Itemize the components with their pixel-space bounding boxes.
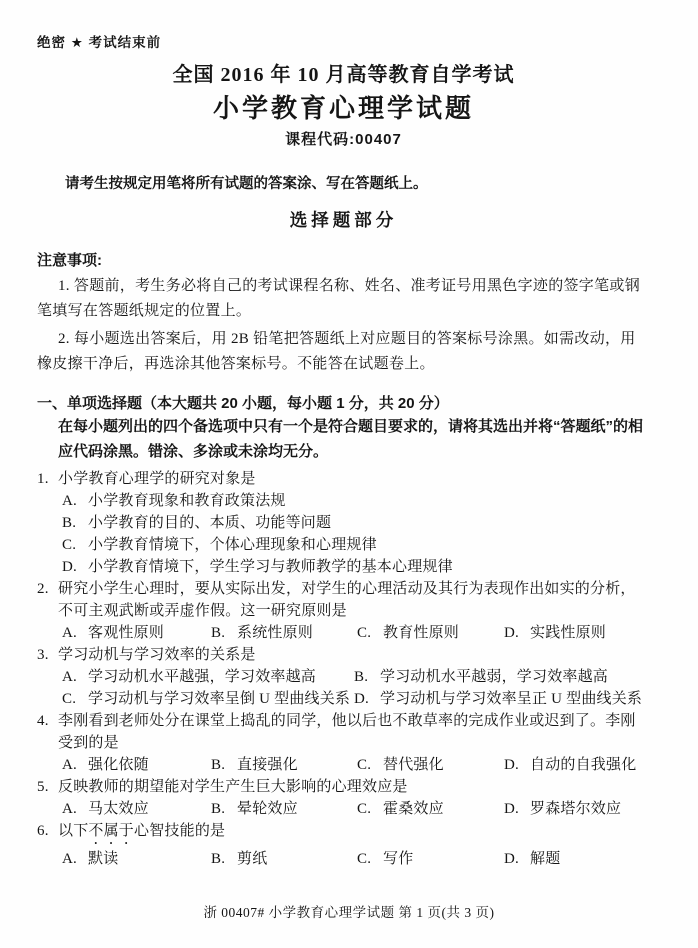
question-number: 1. — [37, 468, 58, 578]
question-stem: 以下不属于心智技能的是 — [58, 820, 650, 848]
question-stem: 李刚看到老师处分在课堂上捣乱的同学，他以后也不敢草率的完成作业或迟到了。李刚受到… — [58, 710, 650, 754]
option-label: B. — [211, 848, 237, 870]
option-a: A.学习动机水平越强，学习效率越高 — [62, 666, 354, 688]
question-number: 5. — [37, 776, 58, 820]
option-text: 学习动机水平越弱，学习效率越高 — [380, 669, 608, 685]
option-label: A. — [62, 848, 88, 870]
option-b: B.剪纸 — [211, 848, 357, 870]
option-text: 自动的自我强化 — [530, 757, 636, 773]
answer-sheet-instruction: 请考生按规定用笔将所有试题的答案涂、写在答题纸上。 — [37, 174, 650, 195]
option-b: B.学习动机水平越弱，学习效率越高 — [354, 666, 650, 688]
options: A.客观性原则 B.系统性原则 C.教育性原则 D.实践性原则 — [58, 622, 650, 644]
part-one-note: 在每小题列出的四个备选项中只有一个是符合题目要求的，请将其选出并将“答题纸”的相… — [58, 414, 650, 464]
question-5: 5. 反映教师的期望能对学生产生巨大影响的心理效应是 A.马太效应 B.晕轮效应… — [37, 776, 650, 820]
question-body: 李刚看到老师处分在课堂上捣乱的同学，他以后也不敢草率的完成作业或迟到了。李刚受到… — [58, 710, 650, 776]
paper-title: 小学教育心理学试题 — [37, 92, 650, 125]
option-text: 教育性原则 — [383, 625, 459, 641]
question-body: 学习动机与学习效率的关系是 A.学习动机水平越强，学习效率越高 B.学习动机水平… — [58, 644, 650, 710]
option-b: B.系统性原则 — [211, 622, 357, 644]
question-stem: 小学教育心理学的研究对象是 — [58, 468, 650, 490]
option-label: A. — [62, 754, 88, 776]
option-d: D.实践性原则 — [504, 622, 650, 644]
options: A.强化依随 B.直接强化 C.替代强化 D.自动的自我强化 — [58, 754, 650, 776]
option-text: 学习动机与学习效率呈倒 U 型曲线关系 — [88, 691, 350, 707]
question-4: 4. 李刚看到老师处分在课堂上捣乱的同学，他以后也不敢草率的完成作业或迟到了。李… — [37, 710, 650, 776]
option-text: 直接强化 — [237, 757, 298, 773]
option-label: B. — [211, 754, 237, 776]
option-text: 罗森塔尔效应 — [530, 801, 621, 817]
exam-paper-page: 绝密 ★ 考试结束前 全国 2016 年 10 月高等教育自学考试 小学教育心理… — [0, 0, 698, 948]
option-c: C.替代强化 — [357, 754, 504, 776]
question-stem: 研究小学生心理时，要从实际出发，对学生的心理活动及其行为表现作出如实的分析，不可… — [58, 578, 650, 622]
exam-title: 全国 2016 年 10 月高等教育自学考试 — [37, 62, 650, 88]
option-c: C.小学教育情境下，个体心理现象和心理规律 — [62, 534, 650, 556]
option-label: D. — [504, 798, 530, 820]
options: A.马太效应 B.晕轮效应 C.霍桑效应 D.罗森塔尔效应 — [58, 798, 650, 820]
section-title: 选择题部分 — [37, 208, 650, 232]
option-label: D. — [354, 688, 380, 710]
option-c: C.教育性原则 — [357, 622, 504, 644]
option-c: C.霍桑效应 — [357, 798, 504, 820]
option-d: D.自动的自我强化 — [504, 754, 650, 776]
option-text: 学习动机与学习效率呈正 U 型曲线关系 — [380, 691, 642, 707]
options: A.小学教育现象和教育政策法规 B.小学教育的目的、本质、功能等问题 C.小学教… — [58, 490, 650, 578]
option-c: C.学习动机与学习效率呈倒 U 型曲线关系 — [62, 688, 354, 710]
option-label: D. — [62, 556, 88, 578]
question-number: 6. — [37, 820, 58, 870]
option-text: 霍桑效应 — [383, 801, 444, 817]
option-label: B. — [211, 622, 237, 644]
stem-emphasized-text: 不属于 — [88, 823, 134, 839]
option-d: D.罗森塔尔效应 — [504, 798, 650, 820]
option-label: C. — [62, 688, 88, 710]
option-text: 小学教育现象和教育政策法规 — [88, 493, 286, 509]
confidential-stamp: 绝密 ★ 考试结束前 — [37, 34, 650, 52]
option-text: 写作 — [383, 851, 413, 867]
option-label: C. — [357, 848, 383, 870]
option-text: 系统性原则 — [237, 625, 313, 641]
option-label: C. — [62, 534, 88, 556]
notice-item-1: 1. 答题前，考生务必将自己的考试课程名称、姓名、准考证号用黑色字迹的签字笔或钢… — [37, 274, 650, 324]
option-label: D. — [504, 622, 530, 644]
option-label: C. — [357, 754, 383, 776]
question-2: 2. 研究小学生心理时，要从实际出发，对学生的心理活动及其行为表现作出如实的分析… — [37, 578, 650, 644]
option-a: A.马太效应 — [62, 798, 211, 820]
option-c: C.写作 — [357, 848, 504, 870]
option-a: A.客观性原则 — [62, 622, 211, 644]
notice-heading: 注意事项: — [37, 250, 650, 271]
option-text: 晕轮效应 — [237, 801, 298, 817]
question-number: 3. — [37, 644, 58, 710]
option-text: 默读 — [88, 851, 118, 867]
option-label: D. — [504, 848, 530, 870]
stem-text: 心智技能的是 — [134, 823, 225, 839]
option-d: D.小学教育情境下，学生学习与教师教学的基本心理规律 — [62, 556, 650, 578]
option-b: B.晕轮效应 — [211, 798, 357, 820]
options: A.学习动机水平越强，学习效率越高 B.学习动机水平越弱，学习效率越高 C.学习… — [58, 666, 650, 710]
option-text: 客观性原则 — [88, 625, 164, 641]
options: A.默读 B.剪纸 C.写作 D.解题 — [58, 848, 650, 870]
option-label: C. — [357, 798, 383, 820]
question-stem: 反映教师的期望能对学生产生巨大影响的心理效应是 — [58, 776, 650, 798]
option-d: D.学习动机与学习效率呈正 U 型曲线关系 — [354, 688, 650, 710]
option-label: B. — [354, 666, 380, 688]
option-a: A.默读 — [62, 848, 211, 870]
notice-item-2: 2. 每小题选出答案后，用 2B 铅笔把答题纸上对应题目的答案标号涂黑。如需改动… — [37, 327, 650, 377]
option-text: 剪纸 — [237, 851, 267, 867]
question-list: 1. 小学教育心理学的研究对象是 A.小学教育现象和教育政策法规 B.小学教育的… — [37, 468, 650, 870]
option-text: 小学教育情境下，学生学习与教师教学的基本心理规律 — [88, 559, 453, 575]
question-body: 小学教育心理学的研究对象是 A.小学教育现象和教育政策法规 B.小学教育的目的、… — [58, 468, 650, 578]
option-label: A. — [62, 490, 88, 512]
option-label: C. — [357, 622, 383, 644]
option-label: B. — [211, 798, 237, 820]
option-text: 小学教育的目的、本质、功能等问题 — [88, 515, 331, 531]
question-6: 6. 以下不属于心智技能的是 A.默读 B.剪纸 C.写作 D.解题 — [37, 820, 650, 870]
question-1: 1. 小学教育心理学的研究对象是 A.小学教育现象和教育政策法规 B.小学教育的… — [37, 468, 650, 578]
option-text: 替代强化 — [383, 757, 444, 773]
question-number: 4. — [37, 710, 58, 776]
option-label: A. — [62, 666, 88, 688]
question-body: 以下不属于心智技能的是 A.默读 B.剪纸 C.写作 D.解题 — [58, 820, 650, 870]
part-one-heading: 一、单项选择题（本大题共 20 小题，每小题 1 分，共 20 分） — [37, 393, 650, 414]
question-stem: 学习动机与学习效率的关系是 — [58, 644, 650, 666]
option-label: D. — [504, 754, 530, 776]
question-number: 2. — [37, 578, 58, 644]
option-d: D.解题 — [504, 848, 650, 870]
option-text: 解题 — [530, 851, 560, 867]
option-text: 小学教育情境下，个体心理现象和心理规律 — [88, 537, 377, 553]
option-a: A.小学教育现象和教育政策法规 — [62, 490, 650, 512]
question-body: 研究小学生心理时，要从实际出发，对学生的心理活动及其行为表现作出如实的分析，不可… — [58, 578, 650, 644]
option-text: 马太效应 — [88, 801, 149, 817]
page-footer: 浙 00407# 小学教育心理学试题 第 1 页(共 3 页) — [0, 904, 698, 922]
stem-text: 以下 — [58, 823, 88, 839]
option-text: 学习动机水平越强，学习效率越高 — [88, 669, 316, 685]
option-text: 强化依随 — [88, 757, 149, 773]
question-body: 反映教师的期望能对学生产生巨大影响的心理效应是 A.马太效应 B.晕轮效应 C.… — [58, 776, 650, 820]
course-code: 课程代码:00407 — [37, 130, 650, 150]
option-label: B. — [62, 512, 88, 534]
option-b: B.直接强化 — [211, 754, 357, 776]
question-3: 3. 学习动机与学习效率的关系是 A.学习动机水平越强，学习效率越高 B.学习动… — [37, 644, 650, 710]
option-label: A. — [62, 798, 88, 820]
option-b: B.小学教育的目的、本质、功能等问题 — [62, 512, 650, 534]
option-text: 实践性原则 — [530, 625, 606, 641]
option-a: A.强化依随 — [62, 754, 211, 776]
option-label: A. — [62, 622, 88, 644]
